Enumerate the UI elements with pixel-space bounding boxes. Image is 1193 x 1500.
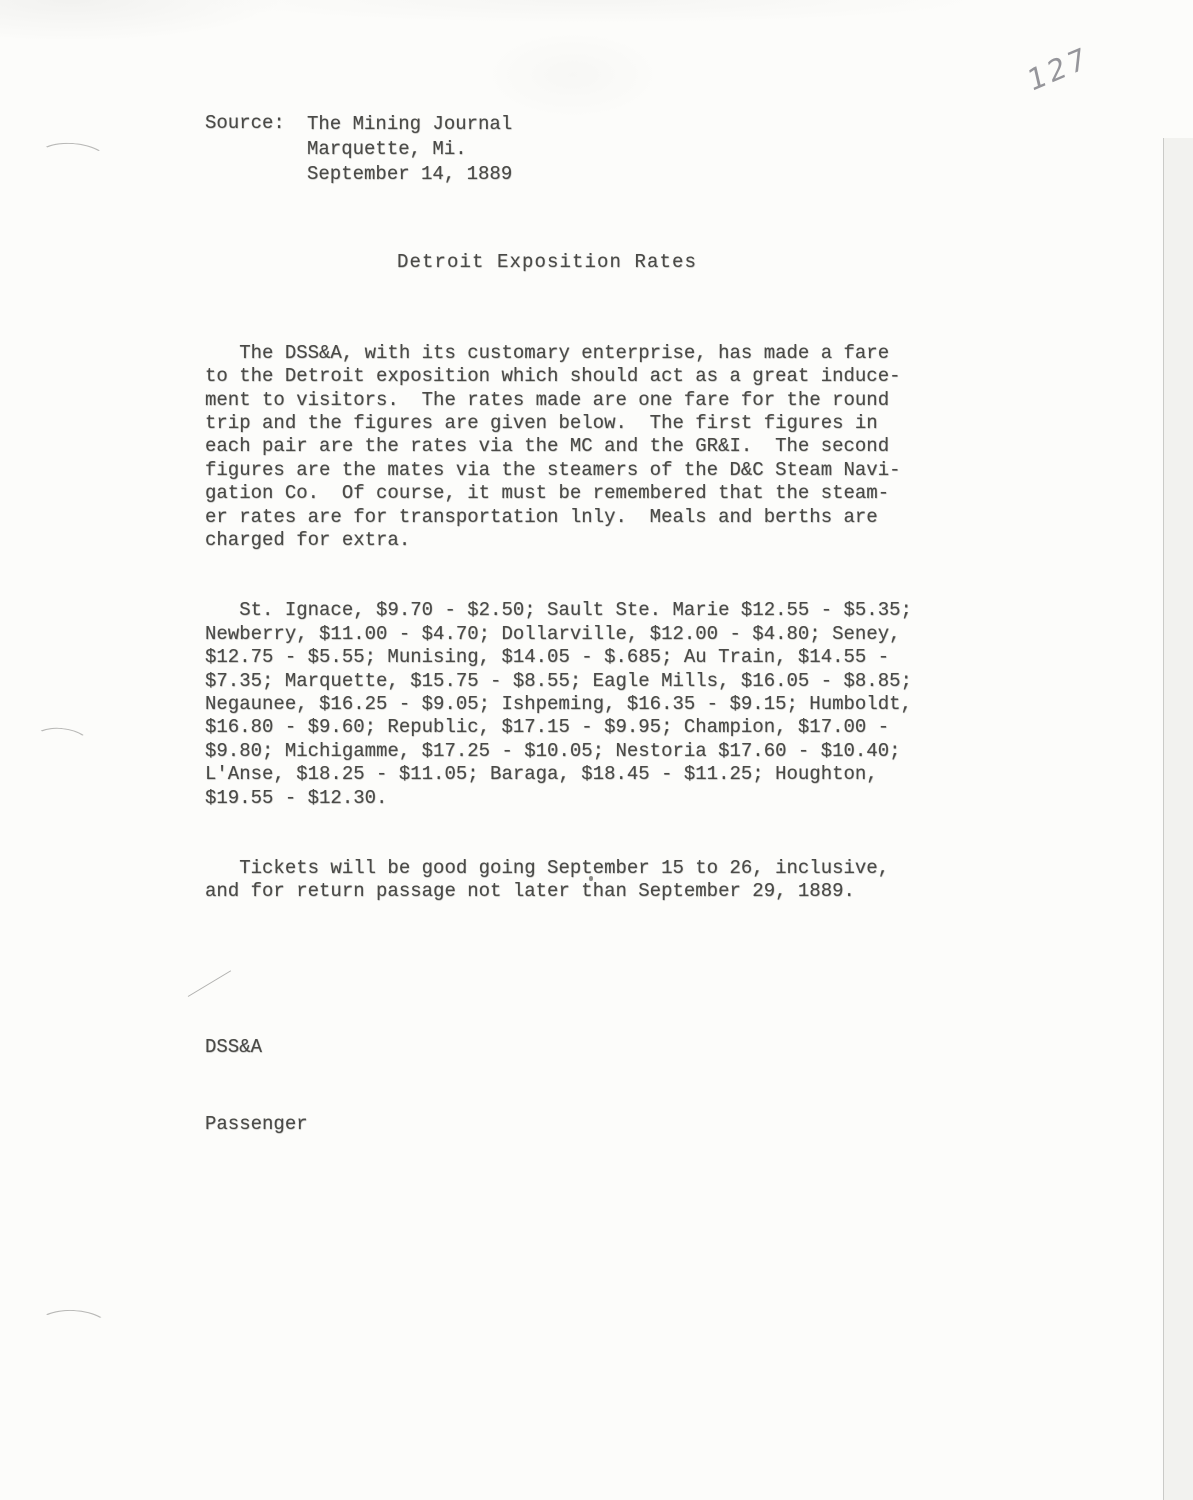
paragraph-ticket-validity: Tickets will be good going September 15 … (205, 857, 912, 904)
source-block: Source: The Mining Journal Marquette, Mi… (205, 112, 251, 206)
scan-edge-line (1163, 138, 1164, 1500)
footer-railroad-name: DSS&A (205, 1035, 308, 1061)
paragraph-rates: St. Ignace, $9.70 - $2.50; Sault Ste. Ma… (205, 599, 912, 810)
paragraph-intro: The DSS&A, with its customary enterprise… (205, 342, 912, 553)
filing-footer: DSS&A Passenger (205, 984, 308, 1188)
pencil-arc-mark-top (33, 140, 111, 182)
pencil-arc-mark-middle (28, 725, 93, 764)
source-details: The Mining Journal Marquette, Mi. Septem… (307, 112, 512, 186)
ink-speck (589, 876, 593, 881)
source-label: Source: (205, 112, 285, 135)
scan-edge-strip (1164, 138, 1193, 1500)
pencil-arc-mark-bottom (33, 1308, 113, 1351)
footer-department: Passenger (205, 1112, 308, 1138)
handwritten-page-number: 127 (1025, 40, 1092, 99)
scanned-document-page: 127 Source: The Mining Journal Marquette… (0, 0, 1193, 1500)
article-body: The DSS&A, with its customary enterprise… (205, 295, 912, 950)
article-title: Detroit Exposition Rates (397, 251, 697, 274)
